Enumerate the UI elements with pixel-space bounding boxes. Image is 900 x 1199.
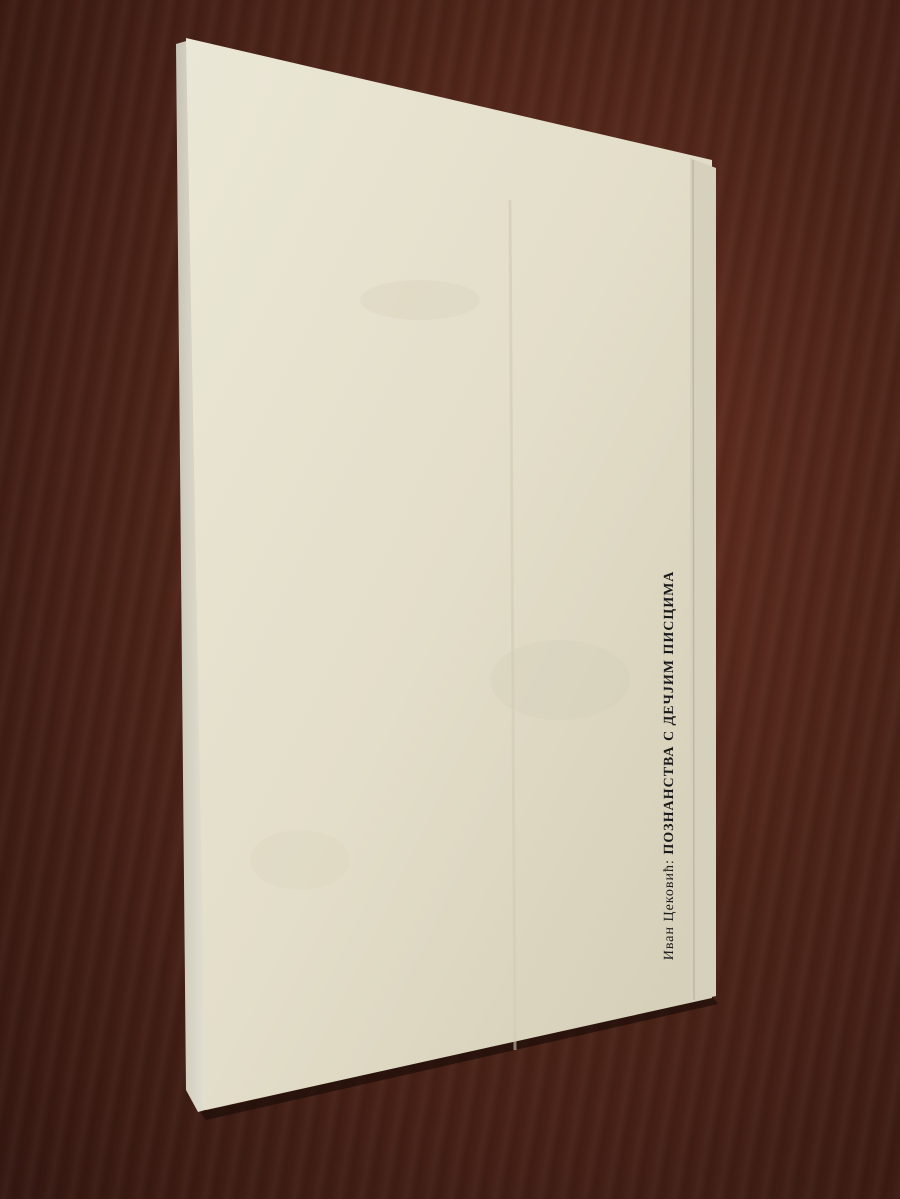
spine-book-title: ПОЗНАНСТВА С ДЕЧЈИМ ПИСЦИМА [662,570,677,855]
spine-author: Иван Цековић: [662,859,677,961]
spine-title: Иван Цековић: ПОЗНАНСТВА С ДЕЧЈИМ ПИСЦИМ… [662,570,678,960]
book [0,0,900,1199]
back-cover [186,38,712,1110]
